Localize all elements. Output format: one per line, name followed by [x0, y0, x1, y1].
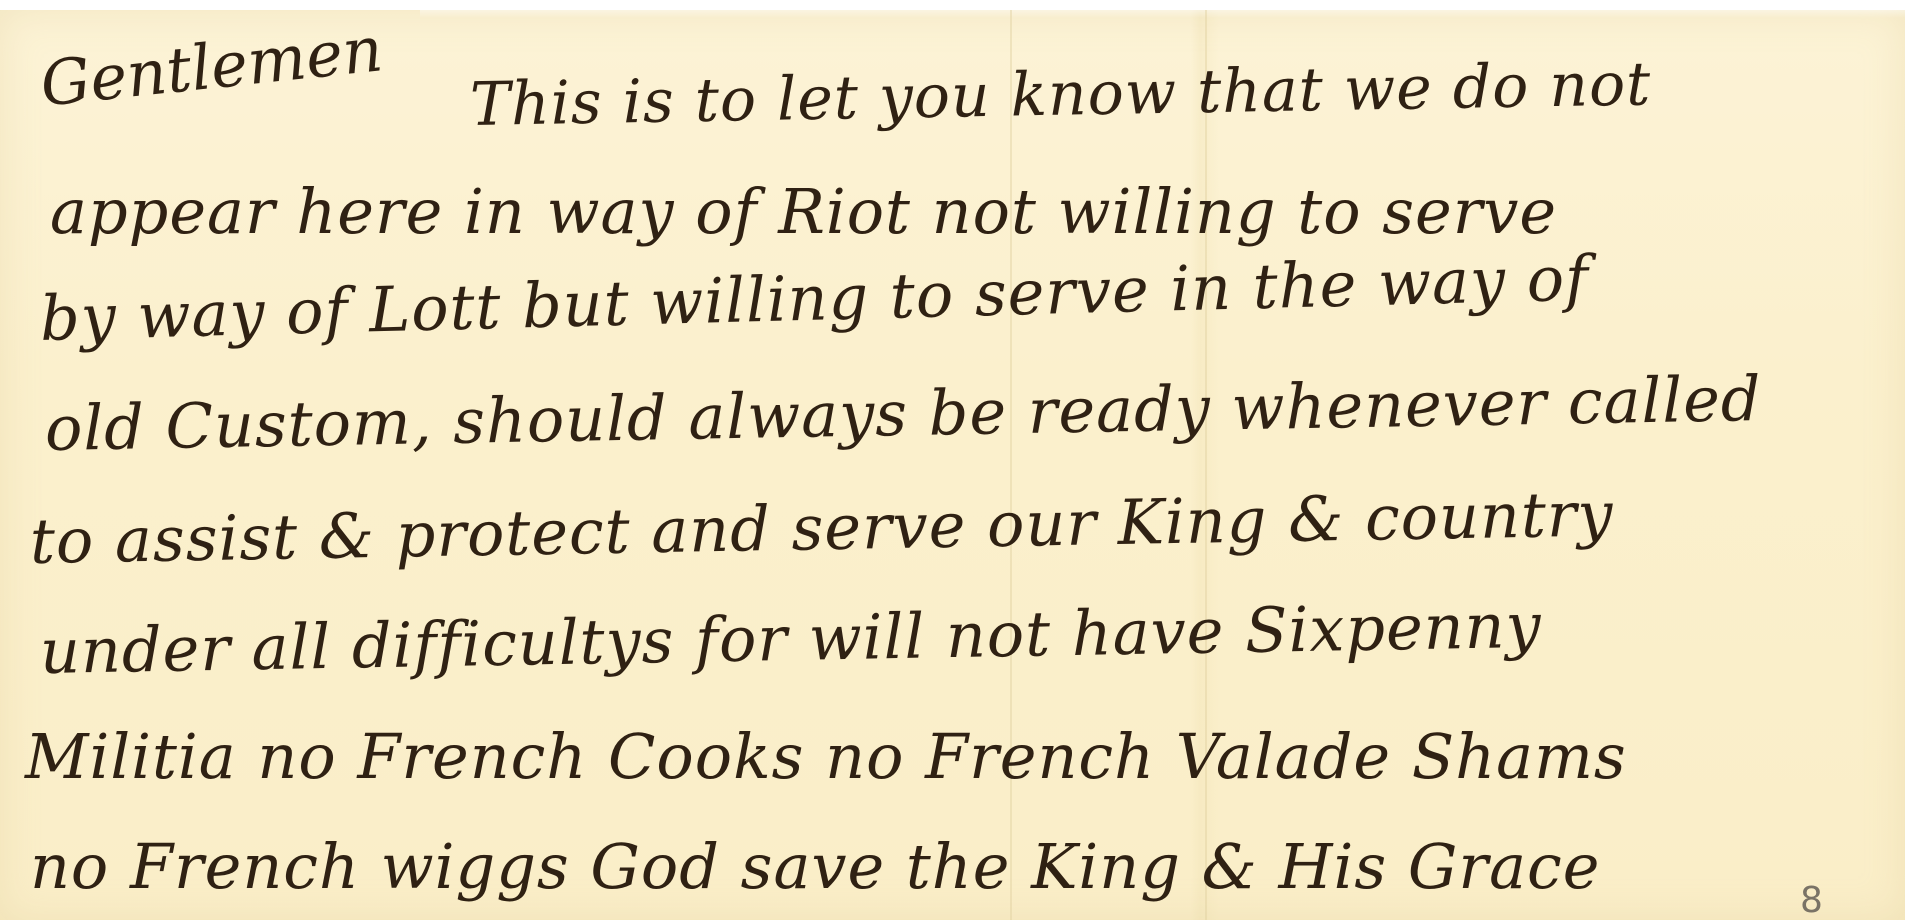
letter-line-8: no French wiggs God save the King & His … — [30, 830, 1600, 903]
letter-line-6: under all difficultys for will not have … — [39, 589, 1542, 688]
handwritten-letter: Gentlemen This is to let you know that w… — [0, 0, 1920, 920]
letter-line-5: to assist & protect and serve our King &… — [29, 477, 1614, 578]
letter-salutation: Gentlemen — [37, 12, 386, 120]
document-page: Gentlemen This is to let you know that w… — [0, 0, 1920, 920]
letter-line-3: by way of Lott but willing to serve in t… — [39, 241, 1590, 355]
letter-line-4: old Custom, should always be ready whene… — [44, 362, 1762, 465]
letter-line-7: Militia no French Cooks no French Valade… — [25, 720, 1627, 793]
letter-line-1: This is to let you know that we do not — [469, 49, 1651, 140]
letter-line-2: appear here in way of Riot not willing t… — [50, 175, 1557, 248]
pencil-page-marker: 8 — [1800, 880, 1823, 920]
